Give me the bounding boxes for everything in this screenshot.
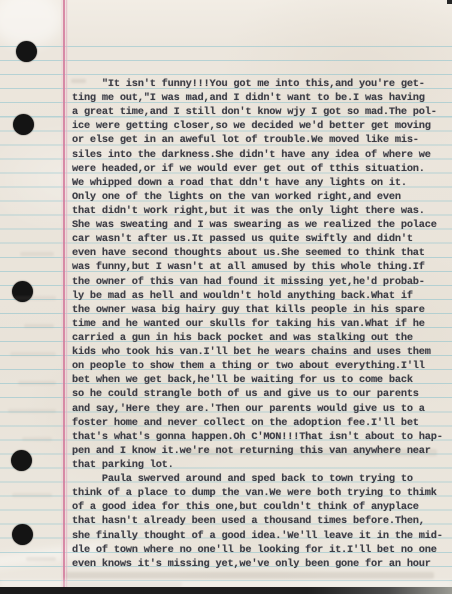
text-line: time and he wanted our skulls for taking… xyxy=(72,317,448,331)
text-line: She was sweating and I was swearing as w… xyxy=(72,218,448,232)
text-line: and say,'Here they are.'Then our parents… xyxy=(72,402,448,416)
text-line: ting me out,"I was mad,and I didn't want… xyxy=(72,91,448,105)
margin-line xyxy=(63,0,65,594)
text-line: ly be mad as hell and wouldn't hold anyt… xyxy=(72,289,448,303)
text-line: dle of town where no one'll be looking f… xyxy=(72,543,448,557)
hole-punch xyxy=(13,114,34,135)
text-line: that didn't work right,but it was the on… xyxy=(72,204,448,218)
scan-corner-speck xyxy=(447,0,452,4)
text-line: kids who took his van.I'll bet he wears … xyxy=(72,345,448,359)
scan-light-corner xyxy=(0,0,62,47)
text-line: Only one of the lights on the van worked… xyxy=(72,190,448,204)
text-line: on people to show them a thing or two ab… xyxy=(72,359,448,373)
text-line: that parking lot. xyxy=(72,458,448,472)
text-line: bet when we get back,he'll be waiting fo… xyxy=(72,373,448,387)
text-line: a great time,and I still don't know wjy … xyxy=(72,105,448,119)
text-line: car wasn't after us.It passed us quite s… xyxy=(72,232,448,246)
text-line: was funny,but I wasn't at all amused by … xyxy=(72,260,448,274)
bleed-through-smudge xyxy=(8,409,56,413)
text-line: think of a place to dump the van.We were… xyxy=(72,486,448,500)
text-line: or else get in an aweful lot of trouble.… xyxy=(72,133,448,147)
text-line: even have second thoughts about us.She s… xyxy=(72,246,448,260)
text-line: were headed,or if we would ever get out … xyxy=(72,162,448,176)
bleed-through-smudge xyxy=(24,324,54,328)
hole-punch xyxy=(16,41,37,62)
text-line: even knows it's missing yet,we've only b… xyxy=(72,557,448,571)
scan-bottom-edge xyxy=(0,587,452,594)
text-line: that's what's gonna happen.Oh C'MON!!!Th… xyxy=(72,430,448,444)
text-line: she finally thought of a good idea.'We'l… xyxy=(72,529,448,543)
bleed-through-smudge xyxy=(20,252,54,256)
bleed-through-smudge xyxy=(12,493,52,497)
text-line: foster home and never collect on the ado… xyxy=(72,416,448,430)
hole-punch xyxy=(11,450,32,471)
text-line: "It isn't funny!!!You got me into this,a… xyxy=(72,77,448,91)
text-line: Paula swerved around and sped back to to… xyxy=(72,472,448,486)
text-line: carried a gun in his back pocket and was… xyxy=(72,331,448,345)
text-line: the owner wasa big hairy guy that kills … xyxy=(72,303,448,317)
bleed-through-smudge xyxy=(26,557,56,561)
scanned-notebook-page: "It isn't funny!!!You got me into this,a… xyxy=(0,0,452,594)
hole-punch xyxy=(12,524,33,545)
text-line: pen and I know it.we're not returning th… xyxy=(72,444,448,458)
text-line: siles into the darkness.She didn't have … xyxy=(72,148,448,162)
typewritten-text: "It isn't funny!!!You got me into this,a… xyxy=(72,77,448,571)
text-line: the owner of this van had found it missi… xyxy=(72,275,448,289)
margin-line-secondary xyxy=(66,0,67,594)
text-line: of a good idea for this one,but couldn't… xyxy=(72,500,448,514)
text-line: that hasn't already been used a thousand… xyxy=(72,514,448,528)
bleed-through-smudge xyxy=(14,296,56,300)
bleed-through-smudge xyxy=(10,352,56,356)
bleed-through-smudge xyxy=(18,381,56,385)
text-line: so he could strangle both of us and give… xyxy=(72,387,448,401)
bleed-through-smudge xyxy=(22,437,52,441)
bleed-through-smudge xyxy=(66,572,434,579)
text-line: We whipped down a road that ddn't have a… xyxy=(72,176,448,190)
text-line: ice were getting closer,so we decided we… xyxy=(72,119,448,133)
